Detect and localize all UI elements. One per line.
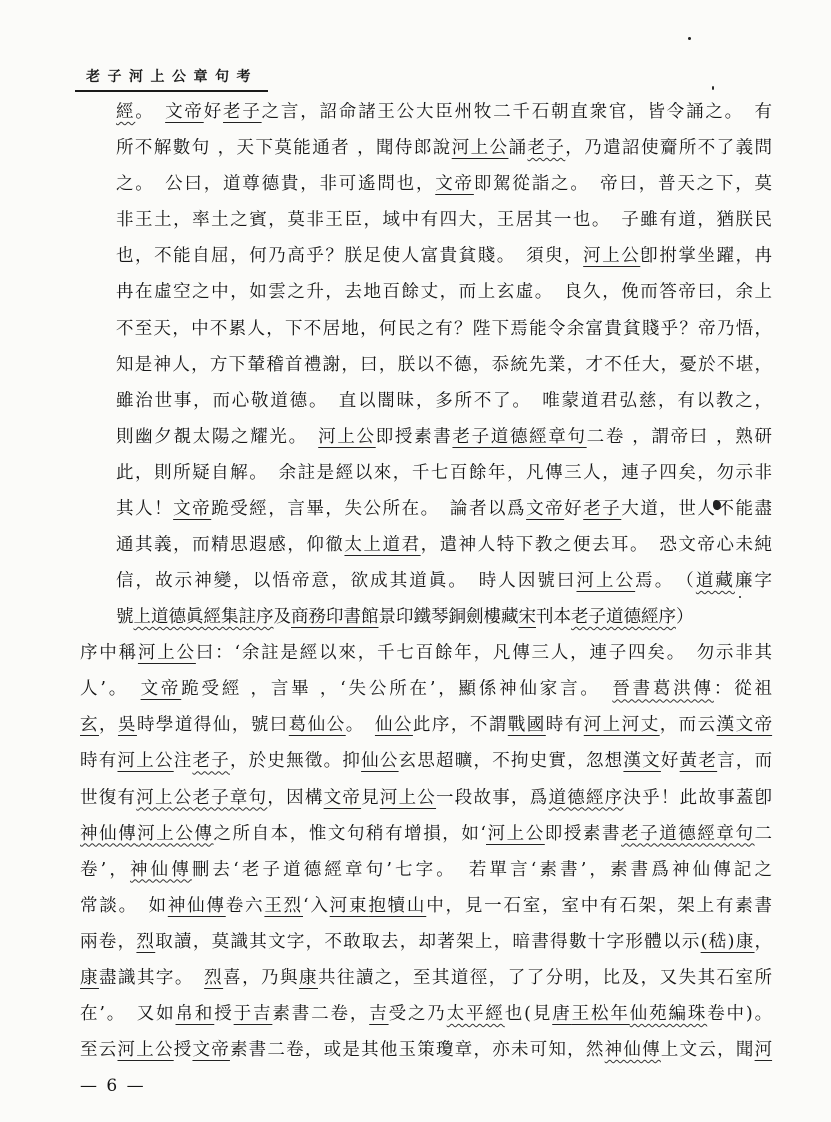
proper-name-underlined: 河上公 [576, 571, 635, 591]
text-segment: 此序，不謂 [413, 715, 508, 735]
book-title-wavy-underlined: 神仙傳 [130, 860, 192, 880]
text-segment: ，因構 [267, 788, 323, 808]
text-segment: 焉。 （ [635, 571, 696, 591]
text-segment: 信，故示神變，以悟帝意，欲成其道眞。 時人因號曰 [116, 571, 576, 591]
text-segment: 也，不能自屈，何乃高乎？朕足使人富貴貧賤。 須臾， [116, 246, 583, 266]
text-line: 其人！文帝跪受經，言畢，失公所在。 論者以爲文帝好老子大道，世人不能盡 [116, 497, 772, 521]
text-segment: 即授素書 [376, 427, 453, 447]
text-segment: 至云 [80, 1040, 117, 1060]
text-segment: 刊本 [536, 607, 571, 627]
text-segment: 時有 [546, 715, 584, 735]
text-segment: 卷六 [226, 896, 265, 916]
text-segment: 喜，乃與 [223, 968, 299, 988]
proper-name-underlined: 吳 [118, 715, 137, 735]
book-title-wavy-underlined: 老子道德經章句 [621, 824, 754, 844]
text-segment: 常談。 如 [80, 896, 168, 916]
text-segment: 其人！ [116, 499, 173, 519]
proper-name-underlined: 文帝 [173, 499, 211, 519]
text-segment: 好 [564, 499, 583, 519]
text-segment: 序中稱 [80, 643, 138, 663]
text-segment: 景印鐵琴銅劍樓藏 [379, 607, 519, 627]
proper-name-underlined: 宋 [519, 607, 537, 627]
proper-name-underlined: 玄 [80, 715, 99, 735]
text-segment: ：從祖 [714, 679, 772, 699]
text-segment: 在’。 又如 [80, 1004, 176, 1024]
book-title-wavy-underlined: 太平經 [447, 1004, 505, 1024]
ink-blot [713, 500, 721, 510]
proper-name-underlined: 老子道德經章句 [452, 427, 586, 447]
book-title-wavy-underlined: 仙苑編珠 [630, 1004, 707, 1024]
text-line: 玄，吳時學道得仙，號曰葛仙公。 仙公此序，不謂戰國時有河上河丈，而云漢文帝 [80, 713, 772, 737]
proper-name-underlined: 文帝 [165, 102, 204, 122]
proper-name-underlined: 漢文 [623, 751, 660, 771]
text-segment: 也(見 [505, 1004, 552, 1024]
text-segment: 上文云，聞 [661, 1040, 755, 1060]
proper-name-underlined: 老子 [223, 102, 262, 122]
text-segment: ，遣神人特下教之便去耳。 恐文帝心未純 [421, 535, 772, 555]
text-line: 之。 公曰，道尊德貴，非可遙問也，文帝即駕從詣之。 帝曰，普天之下，莫 [116, 172, 772, 196]
text-line: 神仙傳河上公傳之所自本，惟文句稍有增損，如‘河上公即授素書老子道德經章句二 [80, 822, 772, 846]
text-segment: ，於史無徵。抑 [230, 751, 361, 771]
text-segment: 。 [135, 102, 165, 122]
proper-name-underlined: 烈 [204, 968, 223, 988]
book-title-wavy-underlined: 上道德眞經集註序 [134, 607, 274, 627]
proper-name-underlined: 于吉 [234, 1004, 273, 1024]
text-segment: 廉字 [735, 571, 772, 591]
proper-name-underlined: 烈 [136, 932, 155, 952]
proper-name-underlined: (嵇)康 [701, 932, 755, 952]
text-segment: 注 [174, 751, 193, 771]
text-line: 經。 文帝好老子之言，詔命諸王公大臣州牧二千石朝直衆官，皆令誦之。 有 [116, 100, 772, 124]
proper-name-underlined: 河 [755, 1040, 773, 1060]
text-segment: ‘入 [303, 896, 330, 916]
proper-name-underlined: 仙公 [375, 715, 413, 735]
proper-name-underlined: 文帝 [324, 788, 361, 808]
ink-speck [739, 596, 741, 598]
text-segment: ， [99, 715, 118, 735]
text-segment: 見 [361, 788, 380, 808]
proper-name-underlined: 河上公 [318, 427, 376, 447]
text-segment: 玄思超曠，不拘史實，忽想 [399, 751, 624, 771]
text-segment: 兩卷， [80, 932, 136, 952]
text-segment: 時有 [80, 751, 117, 771]
page-number: — 6 — [80, 1076, 146, 1096]
proper-name-underlined: 抱犢山 [368, 896, 426, 916]
text-segment: 人’。 [80, 679, 141, 699]
proper-name-underlined: 河上公 [138, 643, 196, 663]
proper-name-underlined: 戰國 [508, 715, 546, 735]
running-title: 老子河上公章句考 [86, 66, 258, 86]
text-segment: 通其義，而精思遐感，仰徹 [116, 535, 344, 555]
text-line: 冉在虛空之中，如雲之升，去地百餘丈，而上玄虛。 良久，俛而答帝曰，余上 [116, 280, 772, 304]
text-segment: 知是神人，方下輦稽首禮謝，曰，朕以不德，忝統先業，才不任大，憂於不堪， [116, 355, 772, 375]
text-segment: 好 [661, 751, 680, 771]
text-segment: 決乎！此故事蓋卽 [623, 788, 772, 808]
text-segment: 言，而 [717, 751, 772, 771]
text-segment: 之所自本，惟文句稍有增損，如‘ [213, 824, 486, 844]
proper-name-underlined: 文帝 [192, 1040, 229, 1060]
text-line: 常談。 如神仙傳卷六王烈‘入河東抱犢山中，見一石室，室中有石架，架上有素書 [80, 894, 772, 918]
ink-speck [688, 37, 691, 40]
text-segment: 大道，世人不能盡 [621, 499, 772, 519]
text-segment: 二卷 ，謂帝曰 ，熟研 [587, 427, 772, 447]
text-line: 至云河上公授文帝素書二卷，或是其他玉策瓊章，亦未可知，然神仙傳上文云，聞河 [80, 1038, 772, 1062]
proper-name-underlined: 神仙傳 [168, 896, 226, 916]
text-segment: 素書二卷，或是其他玉策瓊章，亦未可知，然 [230, 1040, 605, 1060]
text-line: 不至天，中不累人，下不居地，何民之有？陛下焉能令余富貴貧賤乎？帝乃悟， [116, 317, 772, 341]
text-segment: 所不解數句 ，天下莫能通者 ，聞侍郎說 [116, 138, 452, 158]
text-segment: ，乃遣詔使齎所不了義問 [565, 138, 772, 158]
text-segment: 素書二卷， [272, 1004, 369, 1024]
book-title-wavy-underlined: 老子 [192, 751, 229, 771]
proper-name-underlined: 康 [299, 968, 318, 988]
proper-name-underlined: 河上公 [117, 751, 173, 771]
text-line: 號上道德眞經集註序及商務印書館景印鐵琴銅劍樓藏宋刊本老子道德經序） [116, 605, 772, 629]
text-line: 康盡識其字。 烈喜，乃與康共往讀之，至其道徑，了了分明，比及，又失其石室所 [80, 966, 772, 990]
proper-name-underlined: 商務印書館 [291, 607, 379, 627]
book-title-wavy-underlined: 神仙傳 [605, 1040, 661, 1060]
proper-name-underlined: 王松年 [572, 1004, 630, 1024]
book-title-wavy-underlined: 神仙傳 [80, 824, 137, 844]
text-segment: 不至天，中不累人，下不居地，何民之有？陛下焉能令余富貴貧賤乎？帝乃悟， [116, 319, 772, 339]
proper-name-underlined: 河上河丈 [584, 715, 660, 735]
text-line: 卷’，神仙傳刪去‘老子道德經章句’七字。 若單言‘素書’，素書爲神仙傳記之 [80, 858, 772, 882]
text-segment: 。 [346, 715, 375, 735]
text-segment: ，而云 [660, 715, 717, 735]
text-segment: 跪受經 ，言畢 ，‘失公所在’，顯係神仙家言。 [181, 679, 612, 699]
text-line: 非王土，率土之賓，莫非王臣，域中有四大，王居其一也。 子雖有道，猶朕民 [116, 208, 772, 232]
proper-name-underlined: 仙公 [361, 751, 398, 771]
text-segment: 之言，詔命諸王公大臣州牧二千石朝直衆官，皆令誦之。 有 [262, 102, 772, 122]
text-segment: 及 [274, 607, 292, 627]
text-segment: 冉在虛空之中，如雲之升，去地百餘丈，而上玄虛。 良久，俛而答帝曰，余上 [116, 282, 772, 302]
text-segment: 跪受經，言畢，失公所在。 論者以爲 [211, 499, 526, 519]
text-segment: 盡識其字。 [99, 968, 204, 988]
text-segment: 非王土，率土之賓，莫非王臣，域中有四大，王居其一也。 子雖有道，猶朕民 [116, 210, 772, 230]
text-segment: 曰：‘余註是經以來，千七百餘年，凡傳三人，連子四矣。 勿示非其 [196, 643, 772, 663]
text-segment: 授 [214, 1004, 233, 1024]
book-title-wavy-underlined: 道藏 [696, 571, 735, 591]
text-line: 也，不能自屈，何乃高乎？朕足使人富貴貧賤。 須臾，河上公卽拊掌坐躍，冉 [116, 244, 772, 268]
text-line: 時有河上公注老子，於史無徵。抑仙公玄思超曠，不拘史實，忽想漢文好黃老言，而 [80, 749, 772, 773]
book-title-wavy-underlined: 晉書葛洪傳 [612, 679, 714, 699]
text-segment: 之。 公曰，道尊德貴，非可遙問也， [116, 174, 435, 194]
text-segment: 卷中)。 [707, 1004, 772, 1024]
proper-name-underlined: 唐 [552, 1004, 571, 1024]
proper-name-underlined: 王烈 [264, 896, 303, 916]
text-segment: 即授素書 [545, 824, 621, 844]
text-segment: 此，則所疑自解。 余註是經以來，千七百餘年，凡傳三人，連子四矣，勿示非 [116, 463, 772, 483]
text-segment: 好 [204, 102, 223, 122]
proper-name-underlined: 黃老 [680, 751, 717, 771]
text-segment: 卽拊掌坐躍，冉 [640, 246, 772, 266]
proper-name-underlined: 帛和 [176, 1004, 215, 1024]
proper-name-underlined: 吉 [369, 1004, 388, 1024]
proper-name-underlined: 康 [80, 968, 99, 988]
text-segment: 共往讀之，至其道徑，了了分明，比及，又失其石室所 [318, 968, 772, 988]
text-segment: 刪去‘老子道德經章句’七字。 若單言‘素書’，素書爲神仙傳記之 [192, 860, 772, 880]
proper-name-underlined: 河上公 [117, 1040, 173, 1060]
text-segment: 二 [755, 824, 773, 844]
proper-name-underlined: 漢文帝 [717, 715, 772, 735]
proper-name-underlined: 老子 [583, 499, 621, 519]
text-line: 信，故示神變，以悟帝意，欲成其道眞。 時人因號曰河上公焉。 （道藏廉字 [116, 569, 772, 593]
proper-name-underlined: 河上公 [380, 788, 436, 808]
text-line: 通其義，而精思遐感，仰徹太上道君，遣神人特下教之便去耳。 恐文帝心未純 [116, 533, 772, 557]
text-line: 世復有河上公老子章句，因構文帝見河上公一段故事，爲道德經序決乎！此故事蓋卽 [80, 786, 772, 810]
text-segment: 誦 [508, 138, 527, 158]
proper-name-underlined: 葛仙公 [289, 715, 346, 735]
book-title-wavy-underlined: 經 [116, 102, 135, 122]
proper-name-underlined: 河上公 [583, 246, 640, 266]
proper-name-underlined: 太上道君 [344, 535, 420, 555]
text-line: 此，則所疑自解。 余註是經以來，千七百餘年，凡傳三人，連子四矣，勿示非 [116, 461, 772, 485]
text-segment: 取讀，莫識其文字，不敢取去，却著架上，暗書得數十字形體以示 [155, 932, 700, 952]
ink-speck [712, 86, 714, 90]
book-title-wavy-underlined: 河上公傳 [137, 824, 213, 844]
book-title-wavy-underlined: 老子道德經序 [571, 607, 676, 627]
text-segment: 中，見一石室，室中有石架，架上有素書 [426, 896, 772, 916]
proper-name-underlined: 文帝 [141, 679, 182, 699]
text-segment: 則幽夕覩太陽之耀光。 [116, 427, 318, 447]
text-segment: 授 [174, 1040, 193, 1060]
text-line: 所不解數句 ，天下莫能通者 ，聞侍郎說河上公誦老子，乃遣詔使齎所不了義問 [116, 136, 772, 160]
text-segment: ， [755, 932, 773, 952]
text-line: 在’。 又如帛和授于吉素書二卷，吉受之乃太平經也(見唐王松年仙苑編珠卷中)。 [80, 1002, 772, 1026]
text-segment: 一段故事，爲 [436, 788, 548, 808]
text-line: 雖治世事，而心敬道德。 直以闇昧，多所不了。 唯蒙道君弘慈，有以教之， [116, 389, 772, 413]
text-line: 則幽夕覩太陽之耀光。 河上公即授素書老子道德經章句二卷 ，謂帝曰 ，熟研 [116, 425, 772, 449]
proper-name-underlined: 河上公 [452, 138, 509, 158]
text-line: 人’。 文帝跪受經 ，言畢 ，‘失公所在’，顯係神仙家言。 晉書葛洪傳：從祖 [80, 677, 772, 701]
text-line: 序中稱河上公曰：‘余註是經以來，千七百餘年，凡傳三人，連子四矣。 勿示非其 [80, 641, 772, 665]
text-segment: 雖治世事，而心敬道德。 直以闇昧，多所不了。 唯蒙道君弘慈，有以教之， [116, 391, 772, 411]
text-segment: 號 [116, 607, 134, 627]
proper-name-underlined: 河上公 [486, 824, 545, 844]
book-title-wavy-underlined: 河上公老子章句 [136, 788, 267, 808]
text-segment: 卷’， [80, 860, 130, 880]
text-segment: 即駕從詣之。 帝曰，普天之下，莫 [474, 174, 772, 194]
text-segment: ） [676, 607, 694, 627]
text-segment: 受之乃 [389, 1004, 447, 1024]
text-line: 知是神人，方下輦稽首禮謝，曰，朕以不德，忝統先業，才不任大，憂於不堪， [116, 353, 772, 377]
proper-name-underlined: 河東 [330, 896, 369, 916]
book-title-wavy-underlined: 老子 [527, 138, 565, 158]
text-segment: 時學道得仙，號曰 [137, 715, 289, 735]
proper-name-underlined: 文帝 [435, 174, 474, 194]
text-segment: 世復有 [80, 788, 136, 808]
text-line: 兩卷，烈取讀，莫識其文字，不敢取去，却著架上，暗書得數十字形體以示(嵇)康， [80, 930, 772, 954]
book-title-wavy-underlined: 道德經序 [548, 788, 623, 808]
proper-name-underlined: 文帝 [526, 499, 564, 519]
header-rule [75, 90, 268, 92]
